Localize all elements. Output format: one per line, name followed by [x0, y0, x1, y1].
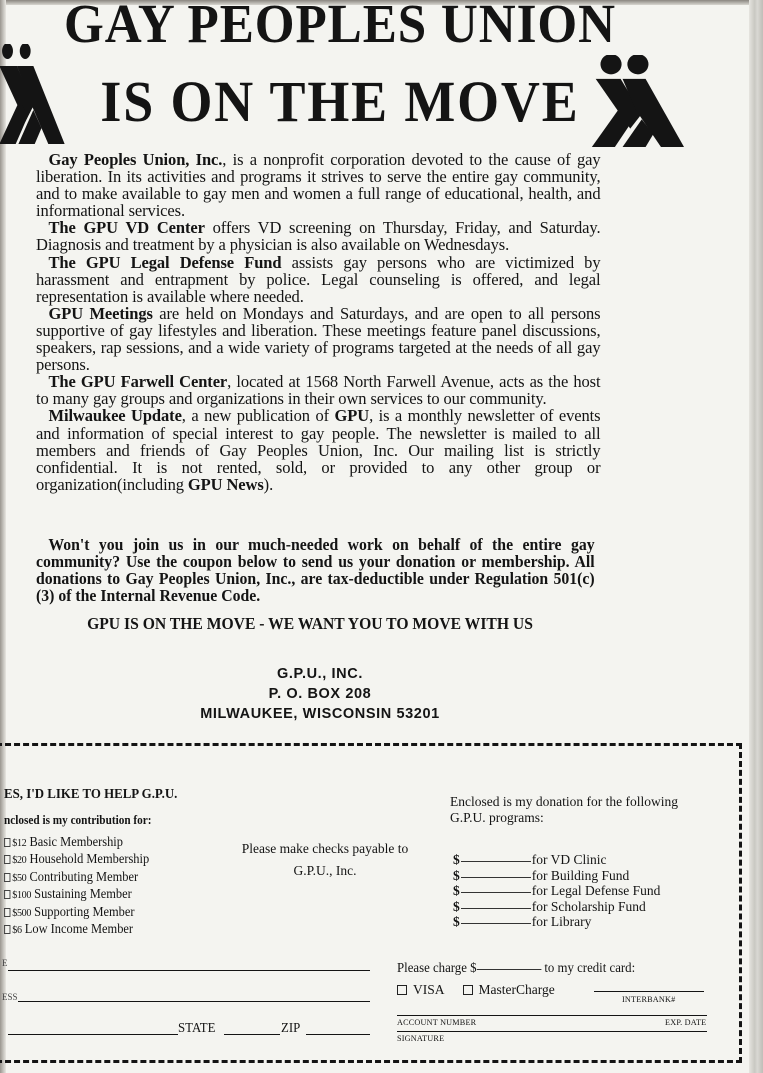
signature-label: SIGNATURE — [397, 1034, 444, 1043]
paragraph-meetings: GPU Meetings are held on Mondays and Sat… — [36, 305, 600, 373]
checkbox[interactable] — [4, 838, 10, 847]
exp-date-label: EXP. DATE — [665, 1018, 706, 1027]
checkbox[interactable] — [4, 855, 10, 864]
checkbox[interactable] — [4, 925, 10, 934]
account-number-field[interactable] — [397, 1015, 707, 1016]
donation-programs: $for VD Clinic $for Building Fund $for L… — [453, 852, 660, 930]
membership-option[interactable]: $50 Contributing Member — [4, 869, 149, 886]
donation-intro: Enclosed is my donation for the followin… — [450, 794, 690, 826]
article-body: Gay Peoples Union, Inc., is a nonprofit … — [36, 151, 600, 493]
membership-option[interactable]: $12 Basic Membership — [4, 834, 149, 851]
paragraph-legal-defense: The GPU Legal Defense Fund assists gay p… — [36, 254, 600, 305]
checkbox[interactable] — [4, 873, 10, 882]
address-label: ESS — [2, 992, 18, 1002]
charge-line: Please charge $ to my credit card: — [397, 960, 635, 976]
charge-amount-field[interactable] — [477, 969, 542, 970]
account-number-label: ACCOUNT NUMBER — [397, 1018, 476, 1027]
gpu-logo-icon — [0, 44, 66, 144]
interbank-label: INTERBANK# — [622, 995, 675, 1004]
headline-subtitle: IS ON THE MOVE — [24, 67, 656, 137]
membership-option[interactable]: $6 Low Income Member — [4, 921, 149, 938]
name-label: E — [2, 958, 8, 968]
checkbox[interactable] — [4, 890, 10, 899]
page-edge-right — [749, 0, 763, 1073]
mailing-address: G.P.U., INC. P. O. BOX 208 MILWAUKEE, WI… — [130, 664, 510, 724]
headline-title: GAY PEOPLES UNION — [24, 0, 656, 54]
checks-payable-note: Please make checks payable to G.P.U., In… — [220, 838, 430, 882]
paragraph-farwell-center: The GPU Farwell Center, located at 1568 … — [36, 373, 600, 407]
zip-label: ZIP — [281, 1020, 300, 1036]
paragraph-vd-center: The GPU VD Center offers VD screening on… — [36, 219, 600, 253]
donation-item: $for VD Clinic — [453, 852, 660, 868]
name-field[interactable] — [8, 970, 370, 971]
membership-option[interactable]: $20 Household Membership — [4, 851, 149, 868]
address-city: MILWAUKEE, WISCONSIN 53201 — [130, 704, 510, 724]
gpu-logo-icon — [588, 55, 684, 147]
card-type-row: VISAMasterCharge — [397, 982, 555, 998]
appeal-text: Won't you join us in our much-needed wor… — [36, 536, 595, 604]
donation-item: $for Building Fund — [453, 868, 660, 884]
address-field[interactable] — [18, 1001, 370, 1002]
address-org: G.P.U., INC. — [130, 664, 510, 684]
mastercharge-checkbox[interactable] — [463, 985, 473, 995]
coupon-subtitle: nclosed is my contribution for: — [4, 813, 152, 828]
interbank-field[interactable] — [594, 991, 704, 992]
paragraph-milwaukee-update: Milwaukee Update, a new publication of G… — [36, 407, 600, 492]
city-field[interactable] — [8, 1034, 178, 1035]
donation-item: $for Library — [453, 914, 660, 930]
slogan: GPU IS ON THE MOVE - WE WANT YOU TO MOVE… — [25, 614, 595, 634]
amount-field[interactable] — [461, 892, 531, 893]
amount-field[interactable] — [461, 908, 531, 909]
membership-option[interactable]: $100 Sustaining Member — [4, 886, 149, 903]
amount-field[interactable] — [461, 861, 531, 862]
paragraph-intro: Gay Peoples Union, Inc., is a nonprofit … — [36, 151, 600, 219]
checkbox[interactable] — [4, 908, 10, 917]
amount-field[interactable] — [461, 923, 531, 924]
address-po-box: P. O. BOX 208 — [130, 684, 510, 704]
signature-field[interactable] — [397, 1031, 707, 1032]
amount-field[interactable] — [461, 877, 531, 878]
coupon-title: ES, I'D LIKE TO HELP G.P.U. — [4, 787, 177, 803]
state-field[interactable] — [224, 1034, 280, 1035]
membership-option[interactable]: $500 Supporting Member — [4, 904, 149, 921]
state-label: STATE — [178, 1020, 215, 1036]
donation-item: $for Scholarship Fund — [453, 899, 660, 915]
visa-checkbox[interactable] — [397, 985, 407, 995]
membership-options: $12 Basic Membership $20 Household Membe… — [4, 834, 162, 938]
zip-field[interactable] — [306, 1034, 370, 1035]
donation-item: $for Legal Defense Fund — [453, 883, 660, 899]
